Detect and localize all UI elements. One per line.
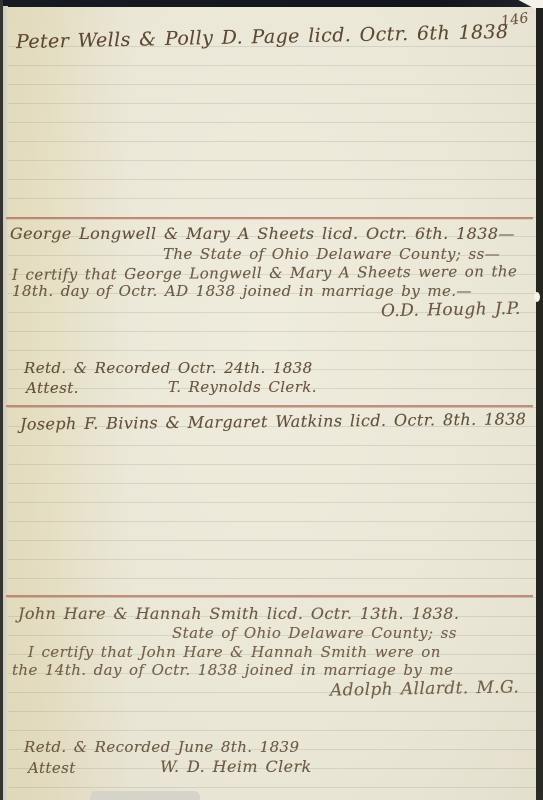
- attest-label: Attest: [28, 759, 76, 777]
- section-divider-line: [6, 217, 533, 219]
- certification-line-2: the 14th. day of Octr. 1838 joined in ma…: [12, 661, 453, 679]
- returned-recorded-line: Retd. & Recorded Octr. 24th. 1838: [24, 359, 313, 377]
- section-divider-line: [6, 405, 533, 407]
- officiant-signature: O.D. Hough J.P.: [381, 299, 521, 321]
- certification-line-2: 18th. day of Octr. AD 1838 joined in mar…: [12, 282, 472, 300]
- state-county-line: State of Ohio Delaware County; ss: [172, 624, 457, 642]
- attest-label: Attest.: [26, 379, 79, 397]
- clerk-signature: W. D. Heim Clerk: [160, 757, 312, 776]
- state-county-line: The State of Ohio Delaware County; ss—: [163, 245, 500, 263]
- section-divider-line: [6, 595, 533, 597]
- certification-line-1: I certify that George Longwell & Mary A …: [12, 262, 517, 284]
- record-header-hare-smith: John Hare & Hannah Smith licd. Octr. 13t…: [18, 604, 459, 623]
- right-edge-speck: [534, 292, 540, 302]
- returned-recorded-line: Retd. & Recorded June 8th. 1839: [24, 738, 299, 756]
- officiant-signature: Adolph Allardt. M.G.: [330, 677, 520, 700]
- certification-line-1: I certify that John Hare & Hannah Smith …: [28, 643, 441, 661]
- book-top-edge: [0, 0, 543, 7]
- record-header-longwell-sheets: George Longwell & Mary A Sheets licd. Oc…: [10, 224, 515, 243]
- underlying-page-sliver: [90, 791, 200, 800]
- left-page-gutter: [3, 6, 8, 800]
- clerk-signature: T. Reynolds Clerk.: [168, 378, 317, 396]
- ledger-page-scan: 146 Peter Wells & Polly D. Page licd. Oc…: [0, 0, 543, 800]
- book-right-edge: [536, 8, 543, 800]
